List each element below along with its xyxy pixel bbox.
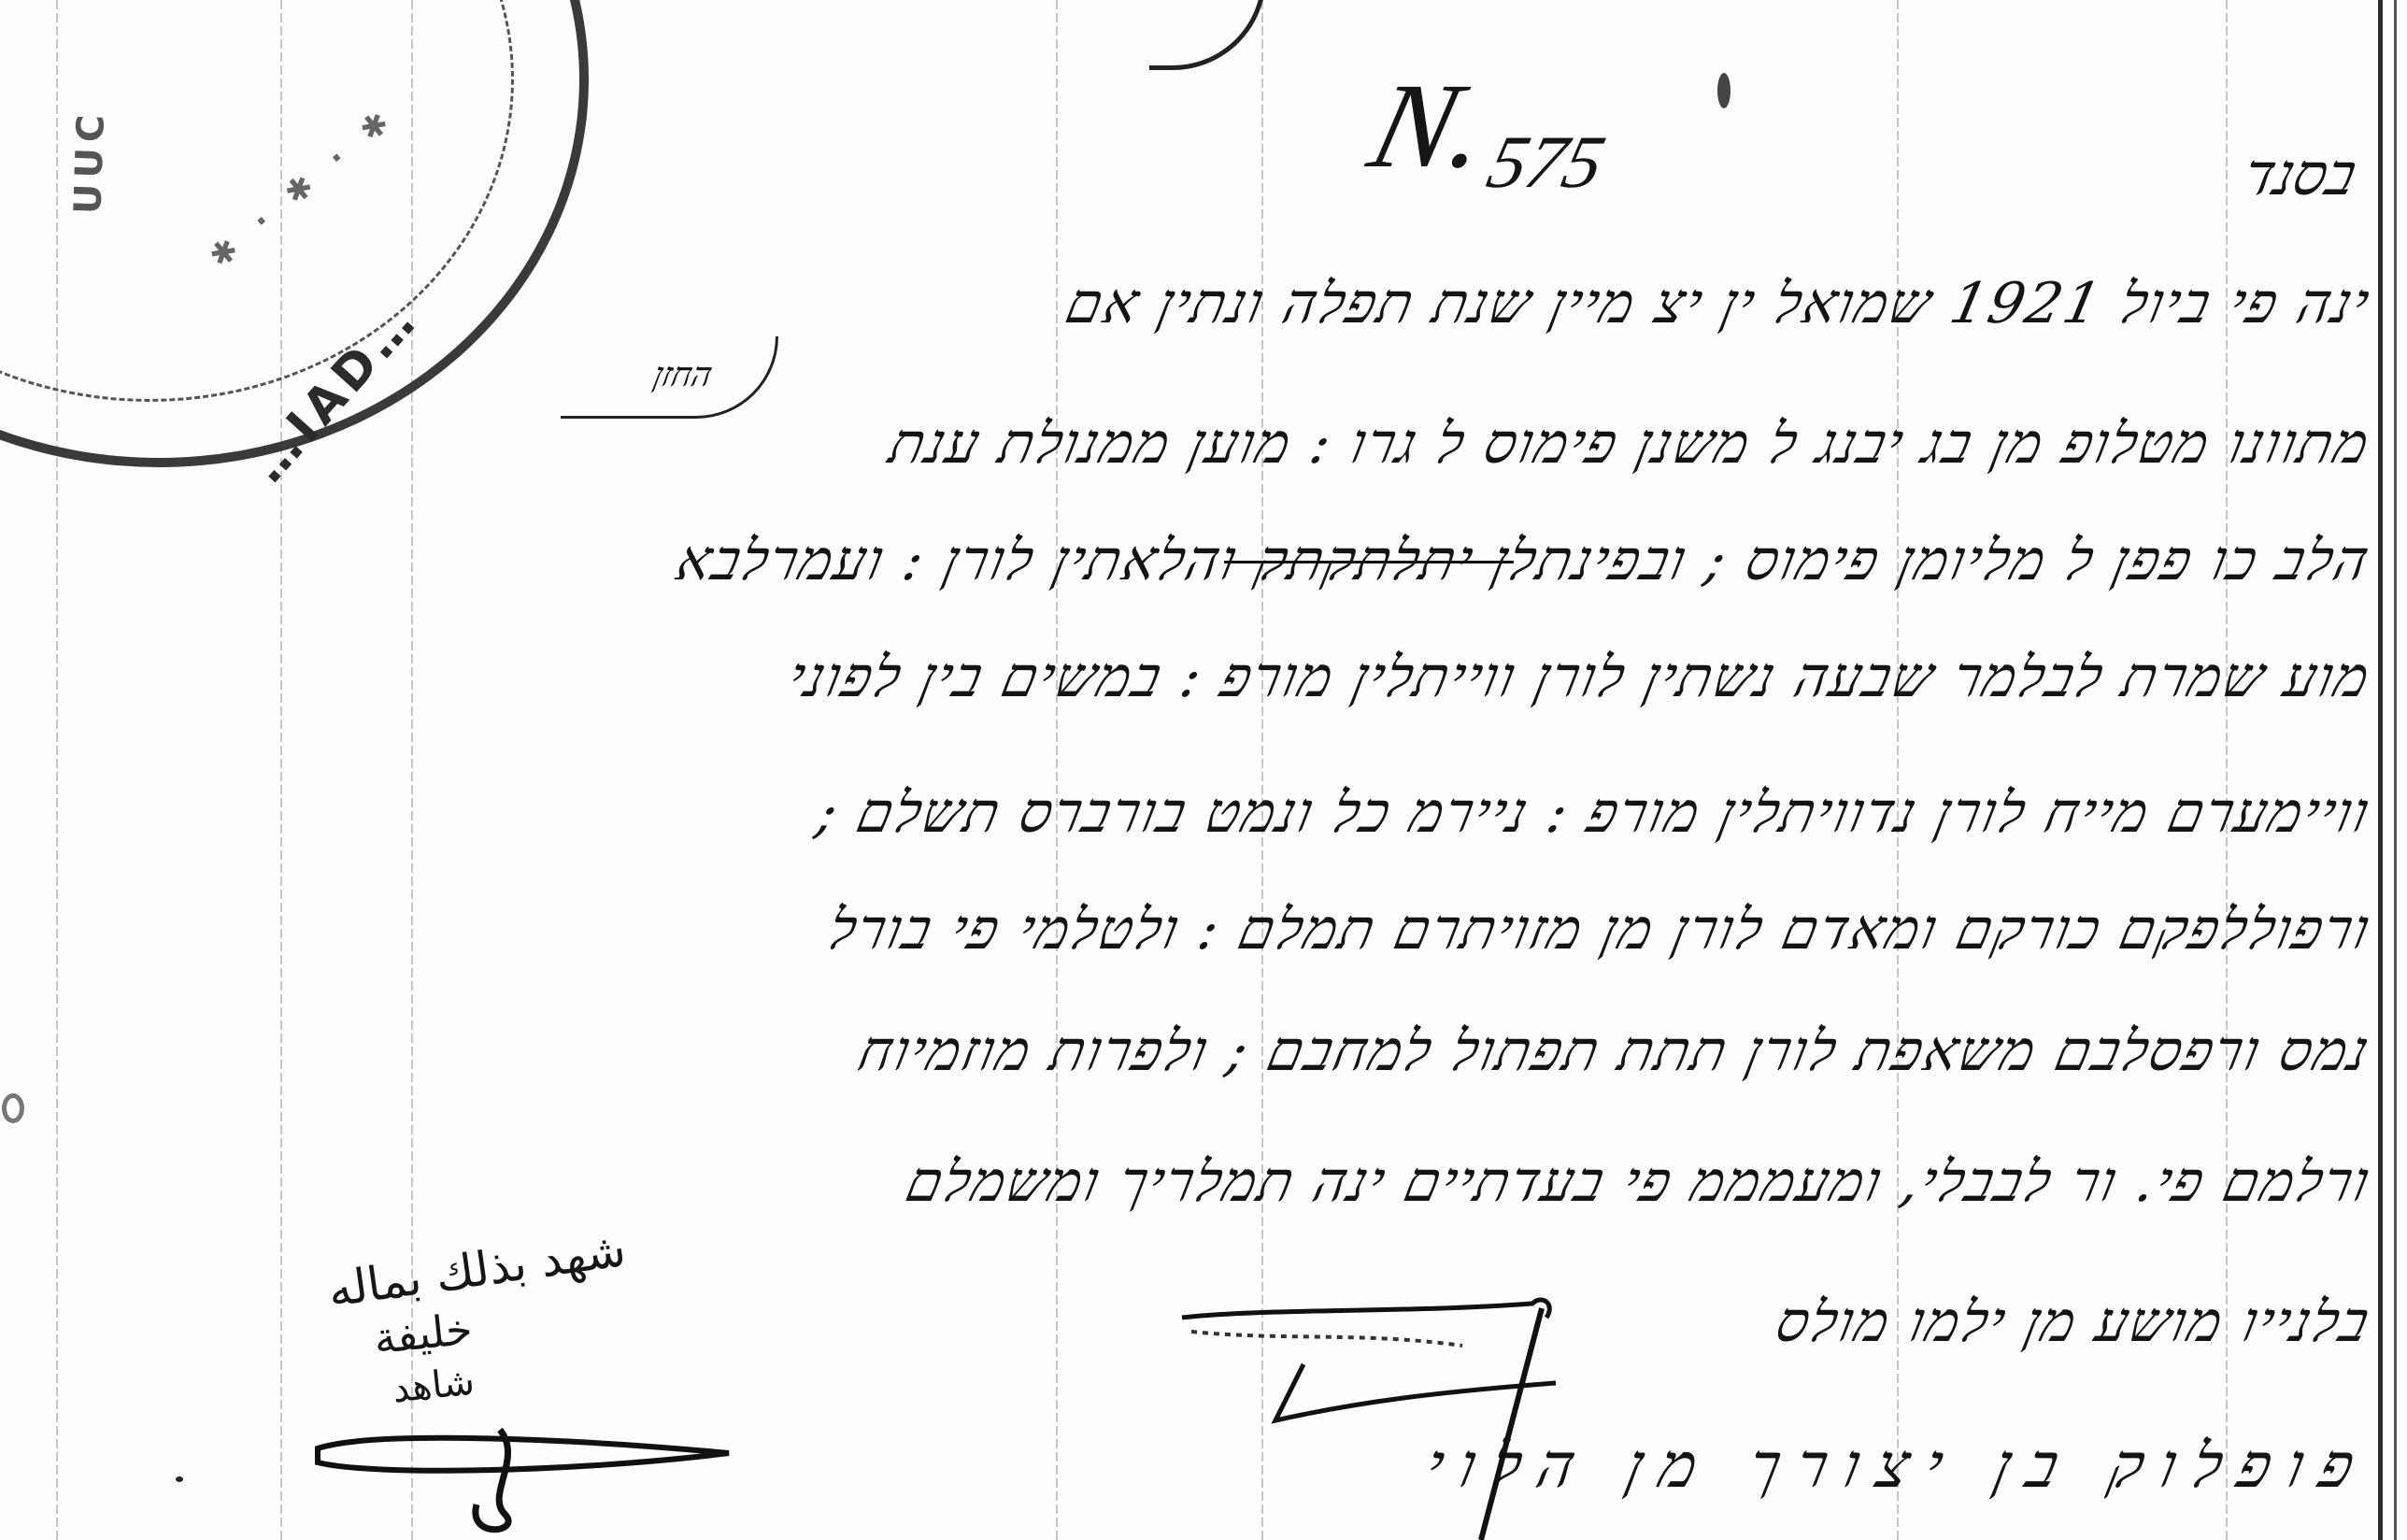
page-border-line [2378,0,2383,1540]
body-line-5: וויימערם מייח לורן נדוויתלין מורפ : נייר… [811,780,2377,846]
ink-curve-mark [1149,0,1266,70]
strikethrough-mark [1224,561,1514,563]
body-line-3: הלב כו פפן ל מליומן פימוס ; ובפינתלן יתל… [671,528,2376,593]
scanned-document-page: …IAD… UUC ✱ · ✱ · ✱ N.575 בסנד ינה פי בי… [0,0,2407,1540]
stray-ink-dot [176,1476,183,1482]
document-number-label: N. [1358,59,1503,193]
document-heading: בסנד [2238,140,2362,209]
marginal-witness-title: شاهد [391,1361,477,1412]
document-number: N.575 [1355,56,1629,206]
body-line-7: נמס ורפסלבם משאפת לורן תתת תפתול למחבם ;… [853,1019,2376,1084]
interlinear-insert: החזן [650,355,717,394]
signature-flourish-right [1173,1290,1565,1540]
stray-ink-ring [2,1093,24,1123]
ink-blot [1717,73,1730,108]
body-line-8: ורלמם פי. ור לבבלי, ומעמממ פי בעדתיים ינ… [900,1149,2376,1215]
marginal-witness-note: شهد بذلك بماله [325,1222,630,1318]
document-number-value: 575 [1480,121,1613,204]
body-line-9: בלנייו מושע מן ילמו מולס [1771,1290,2377,1355]
marginal-witness-name: خليفة [371,1304,475,1364]
body-line-1: ינה פי ביול 1921 שמואל ין יצ מיין שנת תפ… [1061,271,2377,336]
body-line-4: מוע שמרת לבלמר שבעה נשתין לורן ווייתלין … [782,645,2376,710]
body-line-6: ורפוללפקם כורקם ומאדם לורן מן מזויתרם תמ… [822,897,2376,962]
signature-flourish-left [299,1420,748,1540]
stamp-side-text: UUC [66,108,113,215]
ruling-line [1056,0,1058,1540]
body-line-2: מתוונו מטלופ מן בג יבנג ל משנן פימוס ל ג… [884,411,2377,477]
page-border-line [2394,0,2397,1540]
